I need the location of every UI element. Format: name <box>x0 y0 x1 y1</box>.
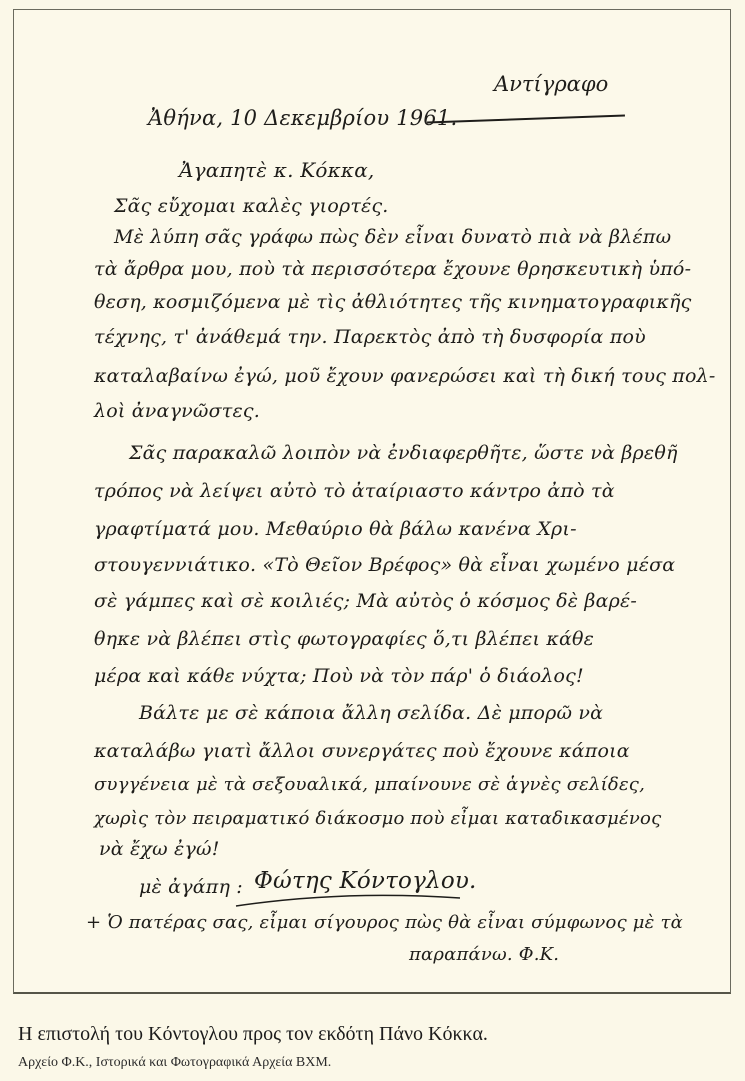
letter-line: τὰ ἄρθρα μου, ποὺ τὰ περισσότερα ἔχουνε … <box>94 258 691 280</box>
handwritten-letter: Αντίγραφο Ἀθήνα, 10 Δεκεμβρίου 1961. Ἀγα… <box>14 10 730 992</box>
postscript-line: παραπάνω. Φ.Κ. <box>409 944 559 965</box>
letter-line: νὰ ἔχω ἐγώ! <box>99 838 220 860</box>
postscript-line: + Ὁ πατέρας σας, εἶμαι σίγουρος πὼς θὰ ε… <box>86 912 683 933</box>
letter-line: τρόπος νὰ λείψει αὐτὸ τὸ ἀταίριαστο κάντ… <box>94 480 615 502</box>
letter-line: μέρα καὶ κάθε νύχτα; Ποὺ νὰ τὸν πάρ' ὁ δ… <box>94 665 584 687</box>
letter-line: στουγεννιάτικο. «Τὸ Θεῖον Βρέφος» θὰ εἶν… <box>94 554 675 576</box>
letter-line: τέχνης, τ' ἀνάθεμά την. Παρεκτὸς ἀπὸ τὴ … <box>94 326 646 348</box>
closing: μὲ ἀγάπη : <box>139 876 243 898</box>
letter-line: καταλαβαίνω ἐγώ, μοῦ ἔχουν φανερώσει καὶ… <box>94 365 716 387</box>
letter-line: καταλάβω γιατὶ ἄλλοι συνεργάτες ποὺ ἔχου… <box>94 740 630 762</box>
place-date: Ἀθήνα, 10 Δεκεμβρίου 1961. <box>148 106 457 130</box>
figure-caption: Η επιστολή του Κόντογλου προς τον εκδότη… <box>18 1023 488 1046</box>
copy-annotation: Αντίγραφο <box>494 72 608 96</box>
letter-line: θηκε νὰ βλέπει στὶς φωτογραφίες ὅ,τι βλέ… <box>94 628 594 650</box>
letter-line: Σᾶς εὔχομαι καλὲς γιορτές. <box>114 195 389 217</box>
figure-source: Αρχείο Φ.Κ., Ιστορικά και Φωτογραφικά Αρ… <box>18 1055 331 1071</box>
letter-line: σὲ γάμπες καὶ σὲ κοιλιές; Μὰ αὐτὸς ὁ κόσ… <box>94 590 637 612</box>
letter-line: Βάλτε με σὲ κάποια ἄλλη σελίδα. Δὲ μπορῶ… <box>139 702 603 724</box>
letter-line: συγγένεια μὲ τὰ σεξουαλικά, μπαίνουνε σὲ… <box>94 774 645 795</box>
signature-underline <box>234 890 464 910</box>
letter-scan: Αντίγραφο Ἀθήνα, 10 Δεκεμβρίου 1961. Ἀγα… <box>13 9 731 994</box>
letter-line: Σᾶς παρακαλῶ λοιπὸν νὰ ἐνδιαφερθῆτε, ὥστ… <box>129 442 678 464</box>
letter-line: θεση, κοσμιζόμενα μὲ τὶς ἀθλιότητες τῆς … <box>94 291 691 313</box>
letter-line: γραφτίματά μου. Μεθαύριο θὰ βάλω κανένα … <box>94 518 577 540</box>
letter-line: χωρὶς τὸν πειραματικό διάκοσμο ποὺ εἶμαι… <box>94 808 661 829</box>
salutation: Ἀγαπητὲ κ. Κόκκα, <box>179 158 375 182</box>
letter-line: Μὲ λύπη σᾶς γράφω πὼς δὲν εἶναι δυνατὸ π… <box>114 226 671 248</box>
letter-line: λοὶ ἀναγνῶστες. <box>94 400 260 422</box>
